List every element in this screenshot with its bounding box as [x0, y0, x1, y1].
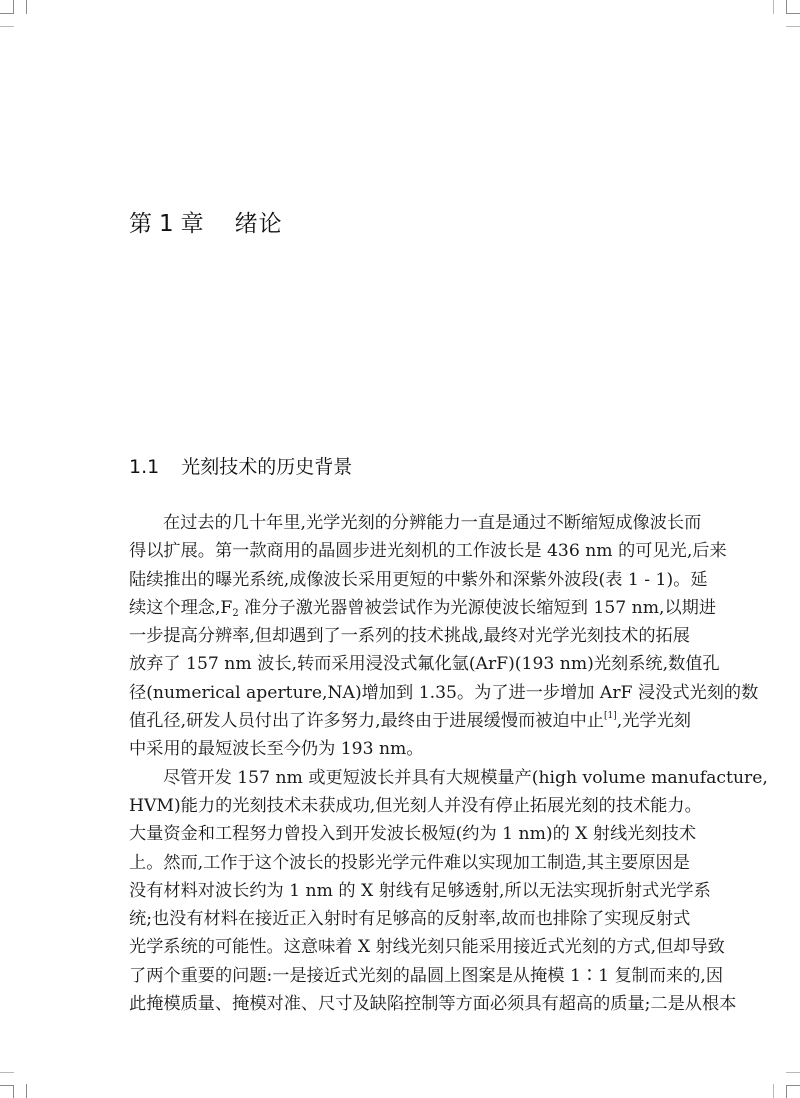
crop-mark-bottom-left-v [13, 1085, 14, 1098]
paragraph-2-line-7: 光学系统的可能性。这意味着 X 射线光刻只能采用接近式光刻的方式,但却导致 [129, 933, 689, 961]
crop-mark-top-right-h [786, 13, 800, 14]
chapter-number: 1 [159, 211, 175, 237]
paragraph-2-line-8: 了两个重要的问题:一是接近式光刻的晶圆上图案是从掩模 1∶1 复制而来的,因 [129, 962, 689, 990]
crop-mark-top-right-v2 [773, 0, 774, 14]
chapter-name: 绪论 [235, 211, 283, 237]
paragraph-2-line-5: 没有材料对波长约为 1 nm 的 X 射线有足够透射,所以无法实现折射式光学系 [129, 877, 689, 905]
paragraph-1-line-4: 续这个理念,F2 准分子激光器曾被尝试作为光源使波长缩短到 157 nm,以期进 [129, 594, 689, 622]
paragraph-1-line-1: 在过去的几十年里,光学光刻的分辨能力一直是通过不断缩短成像波长而 [129, 509, 689, 537]
chapter-prefix: 第 [129, 211, 153, 237]
paragraph-1-line-9: 中采用的最短波长至今仍为 193 nm。 [129, 735, 689, 763]
crop-mark-top-left-v2 [26, 0, 27, 14]
crop-mark-bottom-right-v [786, 1085, 787, 1098]
paragraph-2-line-1: 尽管开发 157 nm 或更短波长并具有大规模量产(high volume ma… [129, 764, 689, 792]
crop-mark-bottom-right-v2 [773, 1084, 774, 1098]
section-name: 光刻技术的历史背景 [181, 456, 352, 478]
paragraph-1-line-3: 陆续推出的曝光系统,成像波长采用更短的中紫外和深紫外波段(表 1 - 1)。延 [129, 566, 689, 594]
crop-mark-top-left-v [13, 0, 14, 14]
chapter-suffix: 章 [181, 211, 205, 237]
section-title: 1.1光刻技术的历史背景 [129, 452, 352, 479]
paragraph-2-line-2: HVM)能力的光刻技术未获成功,但光刻人并没有停止拓展光刻的技术能力。 [129, 792, 689, 820]
crop-mark-top-left-h2 [0, 26, 14, 27]
crop-mark-bottom-right-h2 [786, 1072, 800, 1073]
citation-ref[interactable]: [1] [604, 711, 617, 721]
paragraph-2-line-9: 此掩模质量、掩模对准、尺寸及缺陷控制等方面必须具有超高的质量;二是从根本 [129, 990, 689, 1018]
crop-mark-top-right-h2 [786, 26, 800, 27]
paragraph-2-line-3: 大量资金和工程努力曾投入到开发波长极短(约为 1 nm)的 X 射线光刻技术 [129, 820, 689, 848]
paragraph-1-line-7: 径(numerical aperture,NA)增加到 1.35。为了进一步增加… [129, 679, 689, 707]
crop-mark-bottom-left-v2 [26, 1084, 27, 1098]
paragraph-1-line-6: 放弃了 157 nm 波长,转而采用浸没式氟化氩(ArF)(193 nm)光刻系… [129, 650, 689, 678]
paragraph-1-line-2: 得以扩展。第一款商用的晶圆步进光刻机的工作波长是 436 nm 的可见光,后来 [129, 537, 689, 565]
chapter-title: 第1章绪论 [129, 205, 283, 238]
paragraph-1-line-8: 值孔径,研发人员付出了许多努力,最终由于进展缓慢而被迫中止[1],光学光刻 [129, 707, 689, 735]
section-number: 1.1 [129, 456, 159, 478]
crop-mark-top-right-v [786, 0, 787, 14]
crop-mark-bottom-left-h [0, 1085, 14, 1086]
crop-mark-bottom-right-h [786, 1085, 800, 1086]
paragraph-2-line-4: 上。然而,工作于这个波长的投影光学元件难以实现加工制造,其主要原因是 [129, 849, 689, 877]
body-text: 在过去的几十年里,光学光刻的分辨能力一直是通过不断缩短成像波长而 得以扩展。第一… [129, 509, 689, 1018]
crop-mark-bottom-left-h2 [0, 1072, 14, 1073]
crop-mark-top-left-h [0, 13, 14, 14]
paragraph-2-line-6: 统;也没有材料在接近正入射时有足够高的反射率,故而也排除了实现反射式 [129, 905, 689, 933]
paragraph-1-line-5: 一步提高分辨率,但却遇到了一系列的技术挑战,最终对光学光刻技术的拓展 [129, 622, 689, 650]
